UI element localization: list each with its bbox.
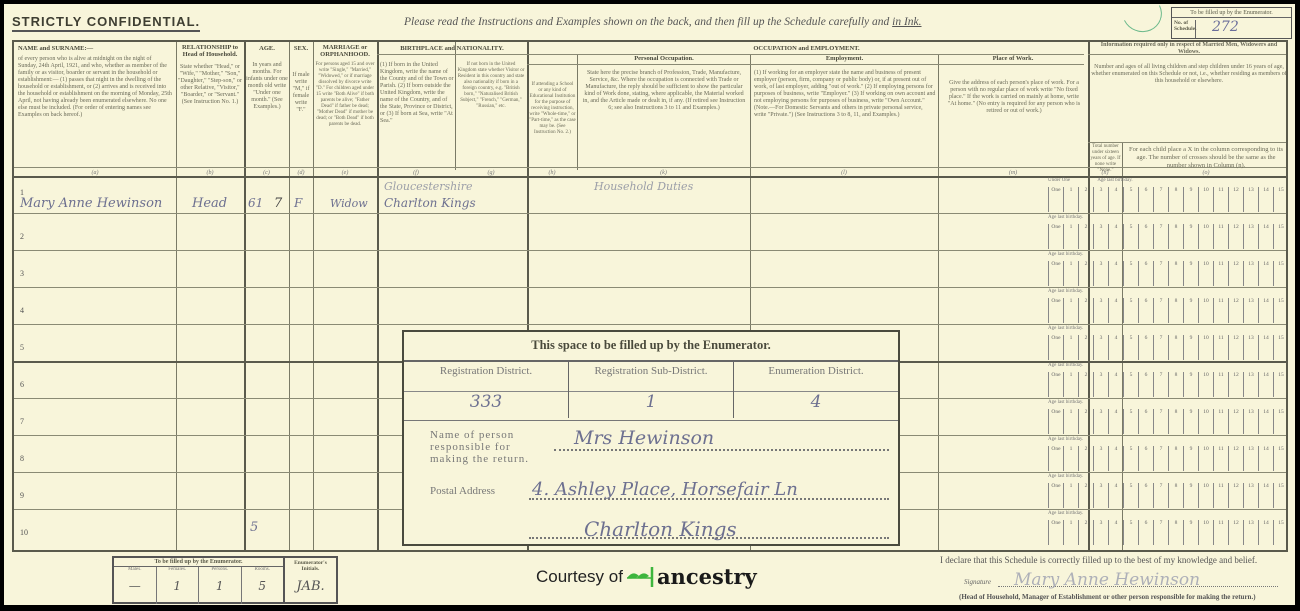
green-pen-mark (1117, 4, 1168, 38)
responsible-label: Name of person responsible for making th… (430, 429, 550, 465)
married-info-title: Information required only in respect of … (1090, 42, 1288, 56)
enumeration-district: Enumeration District.4 (733, 362, 898, 418)
col-occupation-instructions: State here the precise branch of Profess… (581, 70, 747, 112)
col-employment-instructions: (1) If working for an employer state the… (754, 70, 936, 119)
row10-age-mark: 5 (250, 520, 258, 535)
child-age-grid: Under One Age last birthday.One123456789… (1048, 178, 1288, 212)
ancestry-watermark: Courtesy of ancestry (536, 564, 757, 589)
birthplace-county: Gloucestershire (384, 180, 473, 193)
fill-instructions: Please read the Instructions and Example… (404, 16, 922, 28)
col-occupation-title: Personal Occupation. (579, 55, 749, 62)
child-age-grid: Age last birthday.One1234567891011121314… (1048, 511, 1288, 545)
postal-address-label: Postal Address (430, 485, 495, 497)
col-age-title: AGE. (246, 45, 288, 52)
enumerator-tally-box: To be filled up by the Enumerator. Males… (112, 556, 285, 604)
child-age-grid: Age last birthday.One1234567891011121314… (1048, 363, 1288, 397)
col-employment-title: Employment. (752, 55, 937, 62)
col-age-instructions: In years and months. For infants under o… (246, 62, 288, 111)
signature-note: (Head of Household, Manager of Establish… (959, 593, 1256, 601)
col-place-of-work-instructions: Give the address of each person's place … (944, 80, 1084, 115)
col-nationality-instructions: If not born in the United Kingdom state … (457, 62, 525, 110)
col-children-header: Number and ages of all living children a… (1090, 64, 1288, 85)
registration-sub-district: Registration Sub-District.1 (568, 362, 733, 418)
occupation-value: Household Duties (594, 180, 693, 193)
child-age-grid: Age last birthday.One1234567891011121314… (1048, 215, 1288, 249)
col-sex-title: SEX. (290, 45, 312, 52)
col-birthplace-title: BIRTHPLACE and NATIONALITY. (380, 45, 524, 52)
tally-females: Females.1 (156, 567, 199, 604)
marriage-value: Widow (330, 197, 368, 210)
col-marriage-instructions: For persons aged 15 and over write "Sing… (314, 62, 376, 128)
occupation-group-title: OCCUPATION and EMPLOYMENT. (529, 45, 1084, 52)
age-months: 7 (274, 196, 282, 211)
census-schedule: STRICTLY CONFIDENTIAL. Please read the I… (4, 4, 1295, 605)
schedule-number-box: To be filled up by the Enumerator. No. o… (1171, 7, 1292, 39)
enumerator-initials-box: Enumerator's Initials. JAB. (285, 556, 338, 604)
person-name: Mary Anne Hewinson (20, 196, 162, 211)
ancestry-leaf-icon (625, 566, 655, 588)
col-name-instructions: of every person who is alive at midnight… (18, 56, 172, 119)
child-age-grid: Age last birthday.One1234567891011121314… (1048, 289, 1288, 323)
col-name-title: NAME and SURNAME:— (18, 45, 168, 52)
tally-males: Males.— (114, 567, 156, 604)
tally-rooms: Rooms.5 (241, 567, 284, 604)
enumerator-initials: JAB. (285, 579, 336, 594)
child-age-grid: Age last birthday.One1234567891011121314… (1048, 437, 1288, 471)
col-sex-instructions: If male write "M," if female write "F." (290, 72, 312, 114)
signature: Mary Anne Hewinson (1014, 570, 1200, 590)
child-age-grid: Age last birthday.One1234567891011121314… (1048, 252, 1288, 286)
responsible-name: Mrs Hewinson (574, 427, 714, 449)
signature-label: Signature (964, 578, 991, 586)
col-child-ages-instructions: For each child place a X in the column c… (1126, 146, 1286, 170)
age-years: 61 (248, 196, 263, 210)
relationship-value: Head (192, 196, 227, 211)
tally-persons: Persons.1 (198, 567, 241, 604)
postal-address-line1: 4. Ashley Place, Horsefair Ln (532, 479, 798, 500)
col-place-of-work-title: Place of Work. (940, 55, 1086, 62)
sex-value: F (294, 196, 302, 210)
child-age-grid: Age last birthday.One1234567891011121314… (1048, 474, 1288, 508)
col-relationship-title: RELATIONSHIP to Head of Household. (178, 44, 242, 58)
col-school-instructions: If attending a School or any kind of Edu… (529, 82, 576, 136)
col-birthplace-instructions: (1) If born in the United Kingdom, write… (380, 62, 454, 125)
child-age-grid: Age last birthday.One1234567891011121314… (1048, 400, 1288, 434)
col-relationship-instructions: State whether "Head," or "Wife," "Mother… (178, 64, 242, 106)
schedule-number: 272 (1212, 19, 1239, 35)
col-marriage-title: MARRIAGE or ORPHANHOOD. (314, 44, 376, 58)
child-age-grid: Age last birthday.One1234567891011121314… (1048, 326, 1288, 360)
postal-address-line2: Charlton Kings (584, 517, 737, 541)
enumerator-box-title: This space to be filled up by the Enumer… (404, 338, 898, 353)
registration-district: Registration District.333 (404, 362, 568, 418)
birthplace-town: Charlton Kings (384, 196, 476, 210)
enumerator-box: This space to be filled up by the Enumer… (402, 330, 900, 546)
confidential-title: STRICTLY CONFIDENTIAL. (12, 14, 200, 32)
declaration-text: I declare that this Schedule is correctl… (940, 555, 1257, 565)
